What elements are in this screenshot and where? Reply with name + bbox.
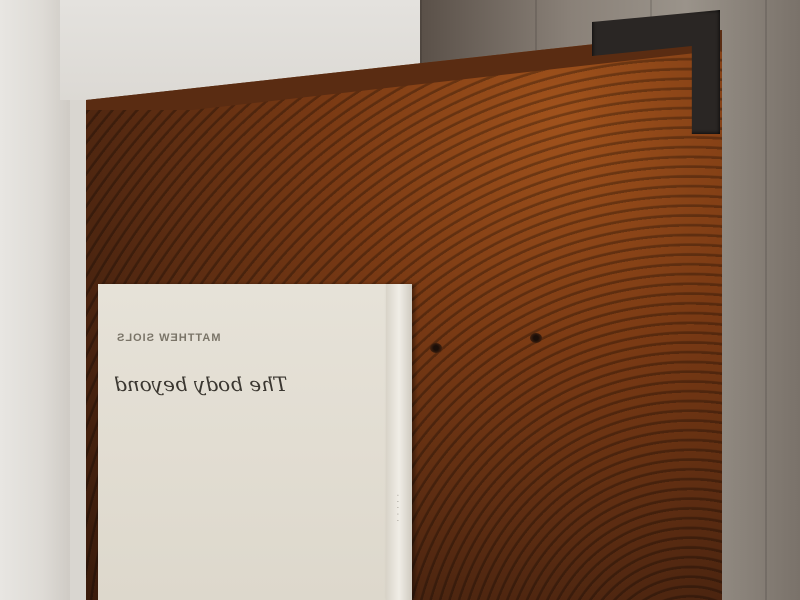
wood-knot — [430, 343, 442, 353]
handwritten-title: The body beyond — [114, 372, 287, 396]
author-name: MATTHEW SIOLS — [116, 332, 220, 344]
book-cover: MATTHEW SIOLS The body beyond — [98, 284, 388, 600]
wood-knot — [530, 333, 542, 343]
book-spine: · · · · · — [386, 284, 412, 600]
spine-text: · · · · · — [394, 494, 401, 522]
